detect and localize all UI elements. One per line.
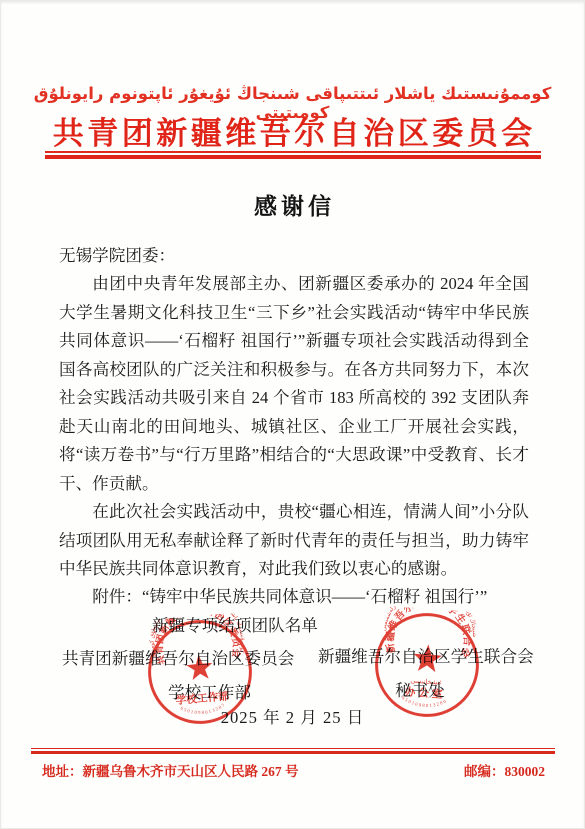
star-icon — [412, 643, 442, 672]
letterhead-org-name: 共青团新疆维吾尔自治区委员会 — [0, 108, 585, 153]
footer-postcode: 邮编：830002 — [464, 760, 545, 780]
letterhead-rule-thick — [45, 155, 541, 159]
seal-center-label: 办公室 — [404, 685, 445, 701]
footer-address: 地址：新疆乌鲁木齐市天山区人民路 267 号 — [42, 760, 299, 780]
official-seal-left: كوممۇنىستىك ياشلار ئىتتىپاقى شىنجاڭ ئۇيغ… — [139, 611, 260, 732]
seal-center-label: 学校工作部 — [175, 689, 230, 707]
signature-date: 2025 年 2 月 25 日 — [0, 704, 585, 728]
document-title: 感谢信 — [0, 188, 585, 221]
official-seal-right: شىنجاڭ ئۇيغۇر ئاپتونوم رايونلۇق ئوقۇغۇچى… — [367, 605, 487, 725]
star-icon — [185, 653, 213, 680]
attachment-line-1: 附件：“铸牢中华民族共同体意识——‘石榴籽 祖国行’” — [59, 583, 529, 611]
scanned-letter-page: كوممۇنىستىك ياشلار ئىتتىپاقى شىنجاڭ ئۇيغ… — [0, 0, 585, 829]
footer-rule-thin — [31, 748, 555, 749]
footer-rule-thick — [31, 751, 555, 754]
seal-small-uyghur: ئىشخانىسى — [410, 677, 441, 687]
salutation: 无锡学院团委： — [59, 242, 529, 270]
seal-cn-arc: 共青团新疆维吾尔自治区委员会 — [150, 611, 244, 666]
letterhead-rule-thin — [45, 151, 541, 153]
letter-body: 无锡学院团委： 由团中央青年发展部主办、团新疆区委承办的 2024 年全国大学生… — [59, 242, 529, 640]
paragraph-2: 在此次社会实践活动中，贵校“疆心相连，情满人间”小分队结项团队用无私奉献诠释了新… — [59, 498, 529, 583]
paragraph-1: 由团中央青年发展部主办、团新疆区委承办的 2024 年全国大学生暑期文化科技卫生… — [59, 270, 529, 498]
